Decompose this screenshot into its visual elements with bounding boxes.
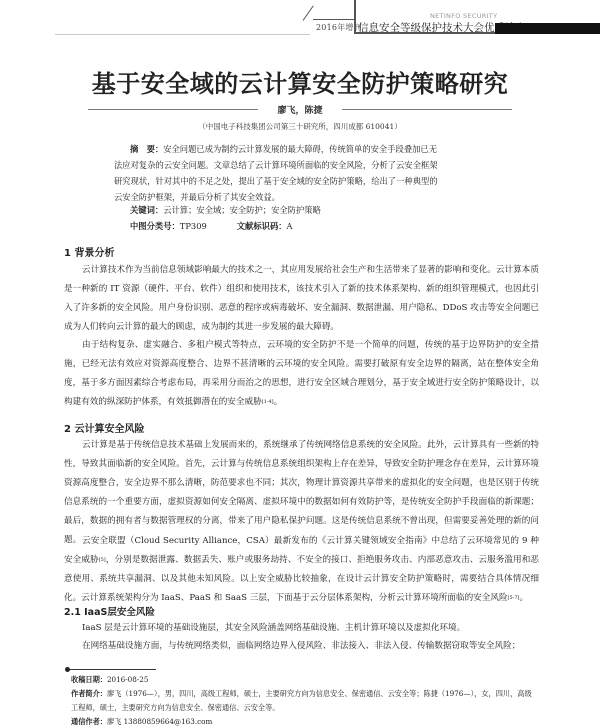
bio-text: 廖飞（1976—），男，四川，高级工程师，硕士，主要研究方向为信息安全、保密通信… <box>71 689 532 712</box>
paper-title: 基于安全域的云计算安全防护策略研究 <box>0 64 600 99</box>
section-1-paragraph-2: 由于结构复杂、虚实融合、多租户模式等特点，云环境的安全防护不是一个简单的问题，传… <box>64 336 539 412</box>
corresponding-author: 通信作者：廖飞 13880859664@163.com <box>71 715 536 728</box>
subsection-2-1-paragraph-1: IaaS 层是云计算环境的基础设施层，其安全风险涵盖网络基础设施、主机计算环境以… <box>64 619 539 638</box>
doc-code-label: 文献标识码： <box>237 221 287 231</box>
abstract-text: 安全问题已成为制约云计算发展的最大障碍，传统简单的安全手段叠加已无法应对复杂的云… <box>114 144 438 202</box>
bio-label: 作者简介： <box>71 689 107 698</box>
section-heading-1: 1 背景分析 <box>64 244 114 259</box>
received-label: 收稿日期： <box>71 675 107 684</box>
doc-code-value: A <box>287 221 293 231</box>
paper-authors: 廖飞，陈捷 <box>88 103 512 116</box>
footnote-rule <box>68 669 156 670</box>
classification: 中图分类号：TP309文献标识码：A <box>130 220 293 232</box>
citation: [5-7] <box>508 595 520 601</box>
corresponding-label: 通信作者： <box>71 717 107 726</box>
received-date: 收稿日期：2016-08-25 <box>71 673 536 687</box>
keywords: 关键词：云计算；安全域；安全防护；安全防护策略 <box>130 204 321 216</box>
authors-block: 廖飞，陈捷 <box>88 103 512 115</box>
clc-value: TP309 <box>180 221 207 231</box>
section-2-paragraph-2: 云安全联盟（Cloud Security Alliance，CSA）最新发布的《… <box>64 532 539 608</box>
header-rule <box>55 34 310 35</box>
keywords-label: 关键词： <box>130 205 163 215</box>
corresponding-value: 廖飞 13880859664@163.com <box>107 717 212 726</box>
header-black-bar <box>495 23 600 34</box>
paragraph-text: ，分别是数据泄露、数据丢失、账户或服务劫持、不安全的接口、拒绝服务攻击、内部恶意… <box>64 555 539 603</box>
keywords-text: 云计算；安全域；安全防护；安全防护策略 <box>163 205 321 215</box>
clc-label: 中图分类号： <box>130 221 180 231</box>
section-1-paragraph-1: 云计算技术作为当前信息领域影响最大的技术之一，其应用发展给社会生产和生活带来了显… <box>64 261 539 337</box>
subsection-2-1-paragraph-2: 在网络基础设施方面，与传统网络类似，面临网络边界入侵风险、非法接入、非法入侵、传… <box>64 637 539 656</box>
received-value: 2016-08-25 <box>107 675 148 684</box>
citation: [5] <box>99 557 106 563</box>
citation: [1-4] <box>262 399 274 405</box>
abstract: 摘 要：安全问题已成为制约云计算发展的最大障碍，传统简单的安全手段叠加已无法应对… <box>114 141 439 205</box>
paragraph-text: 由于结构复杂、虚实融合、多租户模式等特点，云环境的安全防护不是一个简单的问题，传… <box>64 340 539 407</box>
header-tab-top-line <box>313 19 355 20</box>
journal-brand: NETINFO SECURITY <box>430 12 497 20</box>
section-heading-2: 2 云计算安全风险 <box>64 420 144 435</box>
author-affiliation: （中国电子科技集团公司第三十研究所，四川成都 610041） <box>0 121 600 132</box>
abstract-label: 摘 要： <box>130 144 163 154</box>
subsection-heading-2-1: 2.1 IaaS层安全风险 <box>64 604 155 618</box>
author-bio: 作者简介：廖飞（1976—），男，四川，高级工程师，硕士，主要研究方向为信息安全… <box>71 687 536 715</box>
